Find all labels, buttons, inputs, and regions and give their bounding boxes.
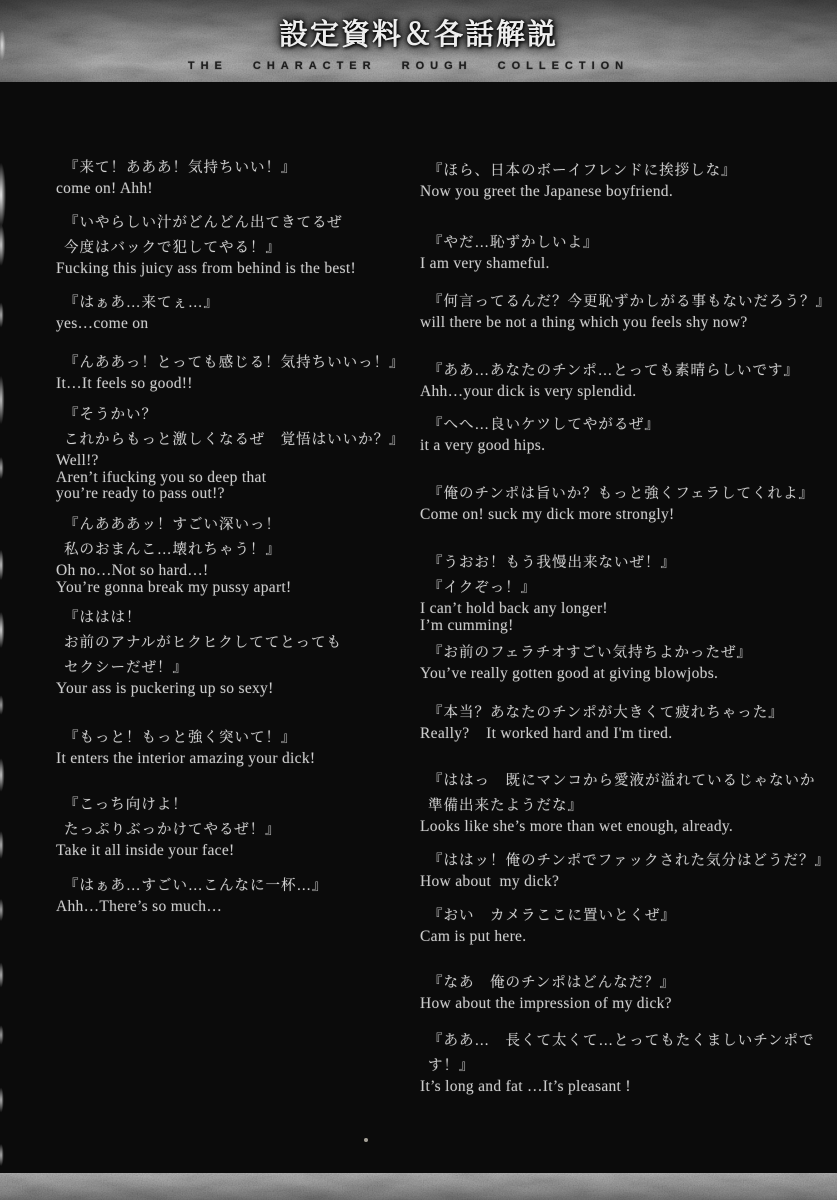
dialogue-block: 『はぁあ…来てぇ…』yes…come on	[56, 291, 428, 333]
dialogue-line-jp: これからもっと激しくなるぜ 覚悟はいいか？』	[56, 428, 428, 453]
dialogue-line-en: yes…come on	[56, 316, 428, 333]
dialogue-line-jp: 『もっと！もっと強く突いて！』	[56, 726, 428, 751]
dialogue-line-en: you’re ready to pass out!?	[56, 486, 428, 503]
page-edge-scan-artifacts	[0, 0, 14, 1200]
dialogue-line-jp: 『なあ 俺のチンポはどんなだ？』	[420, 971, 834, 996]
dialogue-line-jp: 『イクぞっ！』	[420, 576, 834, 601]
dialogue-line-en: Ahh…There’s so much…	[56, 899, 428, 916]
dialogue-line-en: come on! Ahh!	[56, 181, 428, 198]
dialogue-line-jp: 『へへ…良いケツしてやがるぜ』	[420, 413, 834, 438]
dialogue-line-en: It enters the interior amazing your dick…	[56, 751, 428, 768]
dialogue-block: 『本当？あなたのチンポが大きくて疲れちゃった』Really? It worked…	[420, 701, 834, 743]
dialogue-line-jp: 『やだ…恥ずかしいよ』	[420, 231, 834, 256]
dialogue-line-jp: セクシーだぜ！』	[56, 656, 428, 681]
dialogue-line-jp: 今度はバックで犯してやる！』	[56, 236, 428, 261]
dialogue-line-en: Looks like she’s more than wet enough, a…	[420, 819, 834, 836]
dialogue-block: 『うおお！もう我慢出来ないぜ！』『イクぞっ！』I can’t hold back…	[420, 551, 834, 634]
dialogue-block: 『来て！あああ！気持ちいい！』come on! Ahh!	[56, 156, 428, 198]
dialogue-line-jp: 準備出来たようだな』	[420, 794, 834, 819]
dialogue-column-left: 『来て！あああ！気持ちいい！』come on! Ahh!『いやらしい汁がどんどん…	[56, 0, 428, 1200]
dialogue-line-jp: 『お前のフェラチオすごい気持ちよかったぜ』	[420, 641, 834, 666]
dialogue-line-en: it a very good hips.	[420, 438, 834, 455]
dialogue-line-jp: 『はぁあ…すごい…こんなに一杯…』	[56, 874, 428, 899]
dialogue-line-en: You’re gonna break my pussy apart!	[56, 580, 428, 597]
dialogue-block: 『お前のフェラチオすごい気持ちよかったぜ』You’ve really gotte…	[420, 641, 834, 683]
dialogue-block: 『俺のチンポは旨いか？もっと強くフェラしてくれよ』Come on! suck m…	[420, 482, 834, 524]
dialogue-block: 『んあああッ！すごい深いっ！私のおまんこ…壊れちゃう！』Oh no…Not so…	[56, 513, 428, 596]
dialogue-line-jp: 『はぁあ…来てぇ…』	[56, 291, 428, 316]
dialogue-block: 『なあ 俺のチンポはどんなだ？』How about the impression…	[420, 971, 834, 1013]
dialogue-line-jp: 『そうかい？	[56, 403, 428, 428]
dialogue-block: 『ははっ 既にマンコから愛液が溢れているじゃないか準備出来たようだな』Looks…	[420, 769, 834, 836]
dialogue-line-en: Aren’t ifucking you so deep that	[56, 470, 428, 487]
dialogue-line-jp: 『来て！あああ！気持ちいい！』	[56, 156, 428, 181]
dialogue-line-jp: 『ははっ 既にマンコから愛液が溢れているじゃないか	[420, 769, 834, 794]
dialogue-line-en: How about the impression of my dick?	[420, 996, 834, 1013]
dialogue-block: 『ほら、日本のボーイフレンドに挨拶しな』Now you greet the Ja…	[420, 159, 834, 201]
dialogue-block: 『こっち向けよ！たっぷりぶっかけてやるぜ！』Take it all inside…	[56, 793, 428, 860]
dialogue-line-jp: 『うおお！もう我慢出来ないぜ！』	[420, 551, 834, 576]
dialogue-line-en: Your ass is puckering up so sexy!	[56, 681, 428, 698]
dialogue-block: 『へへ…良いケツしてやがるぜ』it a very good hips.	[420, 413, 834, 455]
dialogue-line-jp: 『おい カメラここに置いとくぜ』	[420, 904, 834, 929]
dialogue-block: 『何言ってるんだ？今更恥ずかしがる事もないだろう？』will there be …	[420, 290, 834, 332]
dialogue-line-en: It…It feels so good!!	[56, 376, 428, 393]
dialogue-line-en: I can’t hold back any longer!	[420, 601, 834, 618]
dialogue-block: 『そうかい？これからもっと激しくなるぜ 覚悟はいいか？』Well!?Aren’t…	[56, 403, 428, 503]
dialogue-block: 『いやらしい汁がどんどん出てきてるぜ今度はバックで犯してやる！』Fucking …	[56, 211, 428, 278]
dialogue-line-jp: 『ああ…あなたのチンポ…とっても素晴らしいです』	[420, 359, 834, 384]
scanned-book-page: 設定資料＆各話解説 THE CHARACTER ROUGH COLLECTION…	[0, 0, 837, 1200]
dialogue-line-en: How about my dick?	[420, 874, 834, 891]
dialogue-block: 『ははッ！俺のチンポでファックされた気分はどうだ？』How about my d…	[420, 849, 834, 891]
dialogue-line-en: Well!?	[56, 453, 428, 470]
dialogue-block: 『おい カメラここに置いとくぜ』Cam is put here.	[420, 904, 834, 946]
dialogue-line-en: Cam is put here.	[420, 929, 834, 946]
dialogue-line-en: Take it all inside your face!	[56, 843, 428, 860]
dialogue-line-en: Ahh…your dick is very splendid.	[420, 384, 834, 401]
dialogue-block: 『やだ…恥ずかしいよ』I am very shameful.	[420, 231, 834, 273]
dialogue-block: 『ああ…あなたのチンポ…とっても素晴らしいです』Ahh…your dick is…	[420, 359, 834, 401]
dialogue-line-en: It’s long and fat …It’s pleasant !	[420, 1079, 834, 1096]
dialogue-line-jp: たっぷりぶっかけてやるぜ！』	[56, 818, 428, 843]
dialogue-line-en: Come on! suck my dick more strongly!	[420, 507, 834, 524]
dialogue-line-en: Now you greet the Japanese boyfriend.	[420, 184, 834, 201]
dialogue-line-jp: 『本当？あなたのチンポが大きくて疲れちゃった』	[420, 701, 834, 726]
dialogue-block: 『はぁあ…すごい…こんなに一杯…』Ahh…There’s so much…	[56, 874, 428, 916]
dialogue-line-jp: 私のおまんこ…壊れちゃう！』	[56, 538, 428, 563]
dialogue-line-en: Fucking this juicy ass from behind is th…	[56, 261, 428, 278]
dialogue-line-jp: 『ははは！	[56, 606, 428, 631]
dialogue-block: 『ああ… 長くて太くて…とってもたくましいチンポです！』It’s long an…	[420, 1029, 834, 1096]
dialogue-line-jp: お前のアナルがヒクヒクしててとっても	[56, 631, 428, 656]
dialogue-line-en: I’m cumming!	[420, 618, 834, 635]
dialogue-block: 『もっと！もっと強く突いて！』It enters the interior am…	[56, 726, 428, 768]
dialogue-block: 『んああっ！とっても感じる！気持ちいいっ！』It…It feels so goo…	[56, 351, 428, 393]
dialogue-line-en: Really? It worked hard and I'm tired.	[420, 726, 834, 743]
dialogue-line-en: You’ve really gotten good at giving blow…	[420, 666, 834, 683]
dialogue-line-jp: 『んああっ！とっても感じる！気持ちいいっ！』	[56, 351, 428, 376]
dialogue-line-jp: 『こっち向けよ！	[56, 793, 428, 818]
dialogue-line-jp: 『ほら、日本のボーイフレンドに挨拶しな』	[420, 159, 834, 184]
page-title: 設定資料＆各話解説	[0, 12, 837, 53]
dialogue-line-jp: 『俺のチンポは旨いか？もっと強くフェラしてくれよ』	[420, 482, 834, 507]
dialogue-block: 『ははは！お前のアナルがヒクヒクしててとってもセクシーだぜ！』Your ass …	[56, 606, 428, 698]
dialogue-line-en: I am very shameful.	[420, 256, 834, 273]
dust-speck	[364, 1138, 368, 1142]
dialogue-line-en: Oh no…Not so hard…!	[56, 563, 428, 580]
dialogue-column-right: 『ほら、日本のボーイフレンドに挨拶しな』Now you greet the Ja…	[420, 0, 834, 1200]
dialogue-line-en: will there be not a thing which you feel…	[420, 315, 834, 332]
dialogue-line-jp: 『ああ… 長くて太くて…とってもたくましいチンポです！』	[420, 1029, 834, 1079]
dialogue-line-jp: 『何言ってるんだ？今更恥ずかしがる事もないだろう？』	[420, 290, 834, 315]
page-subtitle: THE CHARACTER ROUGH COLLECTION	[0, 60, 827, 72]
dialogue-line-jp: 『いやらしい汁がどんどん出てきてるぜ	[56, 211, 428, 236]
dialogue-line-jp: 『んあああッ！すごい深いっ！	[56, 513, 428, 538]
dialogue-line-jp: 『ははッ！俺のチンポでファックされた気分はどうだ？』	[420, 849, 834, 874]
